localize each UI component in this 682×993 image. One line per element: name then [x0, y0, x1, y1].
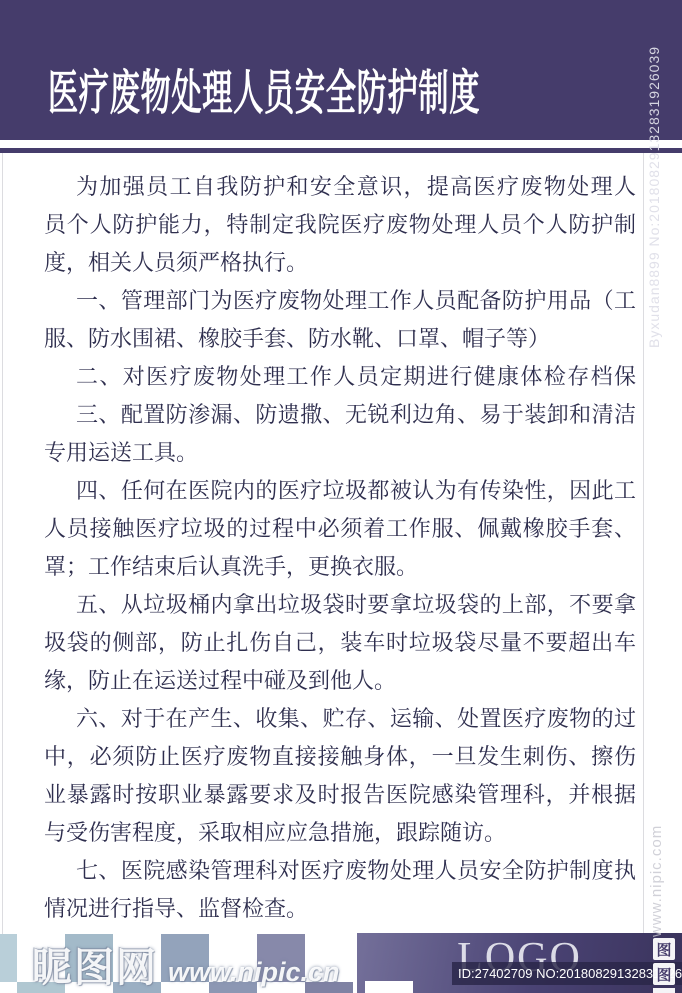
- page-frame-right: [643, 153, 644, 934]
- watermark-vertical-bottom-right: www.nipic.com: [648, 752, 665, 937]
- body-line: 员个人防护能力，特制定我院医疗废物处理人员个人防护制: [44, 206, 636, 244]
- body-line: 服、防水围裙、橡胶手套、防水靴、口罩、帽子等）: [44, 320, 636, 358]
- body-line: 一、管理部门为医疗废物处理工作人员配备防护用品（工作: [44, 282, 636, 320]
- body-line: 情况进行指导、监督检查。: [44, 890, 636, 928]
- body-line: 缘，防止在运送过程中碰及到他人。: [44, 662, 636, 700]
- logo-box-notch: [365, 981, 413, 993]
- body-line: 三、配置防渗漏、防遗撒、无锐利边角、易于装卸和清洁的: [44, 396, 636, 434]
- body-line: 二、对医疗废物处理工作人员定期进行健康体检存档保管。: [44, 358, 636, 396]
- poster-page: 医疗废物处理人员安全防护制度 为加强员工自我防护和安全意识，提高医疗废物处理人员…: [0, 0, 682, 993]
- page-frame-left: [2, 153, 3, 934]
- body-line: 七、医院感染管理科对医疗废物处理人员安全防护制度执行: [44, 852, 636, 890]
- body-line: 专用运送工具。: [44, 434, 636, 472]
- header-accent-rule: [0, 148, 682, 153]
- watermark-site-name: 昵图网: [32, 936, 158, 993]
- watermark-site-url: www.nipic.cn: [168, 957, 340, 988]
- page-title: 医疗废物处理人员安全防护制度: [47, 54, 479, 123]
- watermark-vertical-top-right: Byxudan8899 No:20180829132831926039: [646, 8, 662, 348]
- body-line: 度，相关人员须严格执行。: [44, 244, 636, 282]
- body-line: 四、任何在医院内的医疗垃圾都被认为有传染性，因此工作: [44, 472, 636, 510]
- watermark-bottom-left: 昵图网 www.nipic.cn: [32, 936, 340, 993]
- watermark-id-bar: ID:27402709 NO:20180829132831926039: [452, 962, 682, 985]
- body-line: 罩；工作结束后认真洗手，更换衣服。: [44, 548, 636, 586]
- nipic-logo-icon-partial: [653, 988, 675, 993]
- body-line: 为加强员工自我防护和安全意识，提高医疗废物处理人: [44, 168, 636, 206]
- body-line: 圾袋的侧部，防止扎伤自己，装车时垃圾袋尽量不要超出车的边: [44, 624, 636, 662]
- body-text: 为加强员工自我防护和安全意识，提高医疗废物处理人员个人防护能力，特制定我院医疗废…: [44, 168, 636, 928]
- header-title-wrap: 医疗废物处理人员安全防护制度: [0, 54, 527, 123]
- body-line: 六、对于在产生、收集、贮存、运输、处置医疗废物的过程: [44, 700, 636, 738]
- nipic-logo-icon: 图: [653, 963, 675, 985]
- checker-cell: [0, 934, 17, 982]
- body-line: 人员接触医疗垃圾的过程中必须着工作服、佩戴橡胶手套、口: [44, 510, 636, 548]
- nipic-logo-icon: 图: [653, 938, 675, 960]
- body-line: 五、从垃圾桶内拿出垃圾袋时要拿垃圾袋的上部，不要拿垃: [44, 586, 636, 624]
- body-line: 中，必须防止医疗废物直接接触身体，一旦发生刺伤、擦伤等职: [44, 738, 636, 776]
- body-line: 业暴露时按职业暴露要求及时报告医院感染管理科，并根据种类: [44, 776, 636, 814]
- body-line: 与受伤害程度，采取相应应急措施，跟踪随访。: [44, 814, 636, 852]
